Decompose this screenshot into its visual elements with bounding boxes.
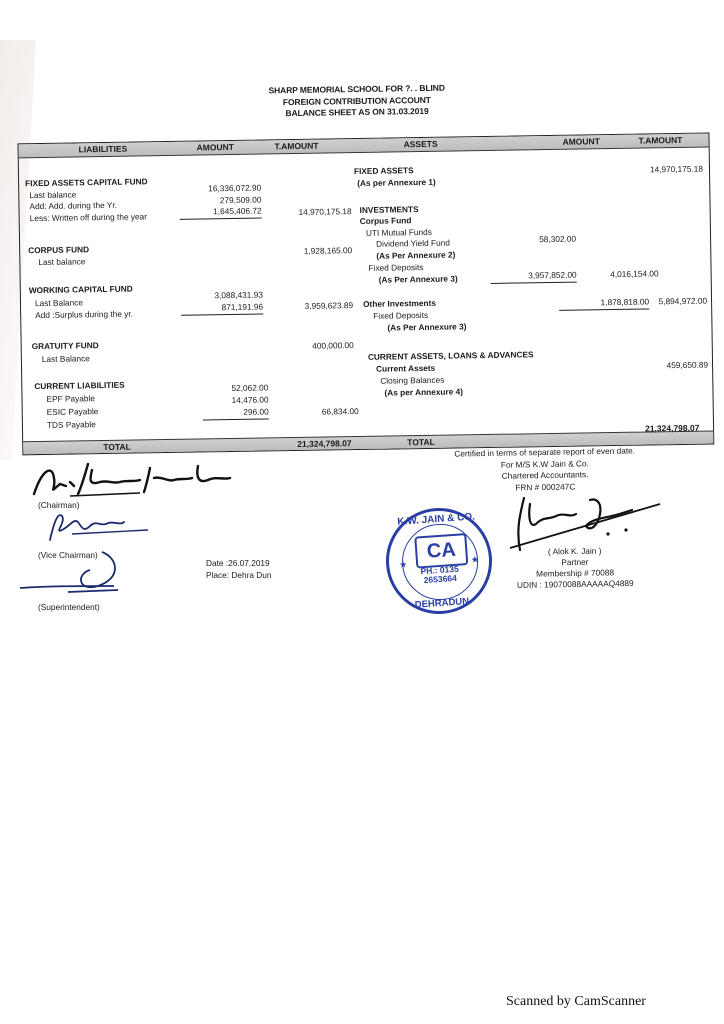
- dividend-yield-fund-label: Dividend Yield Fund: [376, 238, 450, 250]
- document-title: SHARP MEMORIAL SCHOOL FOR ?. . BLIND FOR…: [197, 82, 518, 122]
- corpus-fund-total: 1,928,165.00: [272, 245, 352, 257]
- gratuity-fund-heading: GRATUITY FUND: [32, 340, 99, 352]
- assets-total-value: 21,324,798.07: [645, 422, 700, 435]
- wcf-surplus-label: Add :Surplus during the yr.: [35, 309, 133, 321]
- investments-heading: INVESTMENTS: [360, 204, 419, 215]
- ca-firm-stamp: K.W. JAIN & CO. CA ★ ★ PH.: 0135 2653664…: [382, 504, 495, 617]
- current-assets-subheading: Current Assets: [376, 363, 435, 374]
- assets-total-label: TOTAL: [407, 436, 435, 448]
- gratuity-last-balance-label: Last Balance: [42, 353, 90, 364]
- facf-written-off-amount: 1,645,406.72: [180, 206, 262, 220]
- fixed-deposits-label: Fixed Deposits: [368, 262, 423, 273]
- current-liabilities-total: 66,834.00: [275, 406, 359, 418]
- working-capital-fund-heading: WORKING CAPITAL FUND: [29, 284, 133, 296]
- facf-total: 14,970,175.18: [272, 206, 352, 218]
- dividend-yield-fund-amount: 58,302.00: [490, 234, 576, 246]
- liabilities-total-value: 21,324,798.07: [297, 437, 352, 450]
- wcf-surplus-amount: 871,191.96: [181, 302, 263, 316]
- fixed-assets-annexure: (As per Annexure 1): [357, 177, 436, 189]
- investments-total: 5,894,972.00: [621, 296, 707, 308]
- closing-balances-label: Closing Balances: [380, 375, 444, 387]
- wcf-total: 3,959,623.89: [273, 300, 353, 312]
- facf-additions-label: Add: Add. during the Yr.: [29, 200, 117, 212]
- auditor-certificate: Certified in terms of separate report of…: [420, 445, 671, 495]
- corpus-investments-total: 4,016,154.00: [579, 268, 659, 280]
- annexure-2-label: (As Per Annexure 2): [376, 249, 455, 261]
- superintendent-label: (Superintendent): [38, 602, 100, 613]
- col-assets-t-amount: T.AMOUNT: [638, 134, 682, 148]
- wcf-last-balance-amount: 3,088,431.93: [181, 290, 263, 302]
- ca-logo-icon: CA: [414, 533, 468, 569]
- tds-payable-label: TDS Payable: [47, 419, 96, 430]
- col-assets-amount: AMOUNT: [562, 135, 600, 149]
- uti-mutual-funds-label: UTI Mutual Funds: [366, 227, 432, 239]
- facf-additions-amount: 279,509.00: [179, 195, 261, 207]
- fixed-assets-capital-fund-heading: FIXED ASSETS CAPITAL FUND: [25, 176, 148, 188]
- vice-chairman-signature: [40, 508, 160, 549]
- liabilities-total-label: TOTAL: [103, 441, 131, 453]
- gratuity-fund-total: 400,000.00: [274, 340, 354, 352]
- facf-written-off-label: Less: Written off during the year: [30, 211, 147, 223]
- esic-payable-label: ESIC Payable: [47, 406, 99, 417]
- esic-payable-amount: 14,476.00: [182, 394, 268, 406]
- current-assets-total: 459,650.89: [622, 360, 708, 372]
- corpus-last-balance-label: Last balance: [38, 256, 85, 267]
- epf-payable-label: EPF Payable: [46, 393, 95, 404]
- chairman-signature: [30, 460, 250, 505]
- report-date: Date :26.07.2019: [206, 558, 270, 569]
- corpus-fund-heading: CORPUS FUND: [28, 244, 89, 255]
- superintendent-signature: [18, 548, 148, 603]
- col-amount: AMOUNT: [196, 141, 234, 155]
- fixed-assets-total: 14,970,175.18: [609, 164, 703, 176]
- wcf-last-balance-label: Last Balance: [35, 297, 83, 308]
- current-assets-heading: CURRENT ASSETS, LOANS & ADVANCES: [368, 349, 534, 362]
- other-investments-heading: Other Investments: [363, 298, 436, 310]
- epf-payable-amount: 52,062.00: [182, 382, 268, 394]
- fixed-assets-heading: FIXED ASSETS: [354, 165, 414, 176]
- corpus-fund-subheading: Corpus Fund: [360, 215, 412, 226]
- fixed-deposits-amount: 3,957,852.00: [491, 270, 577, 284]
- current-liabilities-heading: CURRENT LIABILITIES: [34, 380, 124, 392]
- auditor-partner-block: ( Alok K. Jain ) Partner Membership # 70…: [500, 545, 651, 592]
- balance-sheet-table: LIABILITIES AMOUNT T.AMOUNT ASSETS AMOUN…: [17, 132, 714, 455]
- table-header: LIABILITIES AMOUNT T.AMOUNT ASSETS AMOUN…: [19, 134, 709, 159]
- facf-last-balance-amount: 16,336,072.90: [179, 183, 261, 195]
- other-annexure-3-label: (As Per Annexure 3): [387, 321, 466, 333]
- facf-last-balance-label: Last balance: [29, 189, 76, 200]
- other-fixed-deposits-label: Fixed Deposits: [373, 310, 428, 321]
- annexure-3-label: (As Per Annexure 3): [379, 273, 458, 285]
- report-place: Place: Dehra Dun: [206, 570, 272, 581]
- tds-payable-amount: 296.00: [203, 406, 269, 420]
- camscanner-watermark: Scanned by CamScanner: [506, 994, 646, 1010]
- col-liabilities: LIABILITIES: [79, 143, 128, 157]
- col-assets: ASSETS: [403, 138, 437, 152]
- annexure-4-label: (As per Annexure 4): [384, 386, 463, 398]
- col-t-amount: T.AMOUNT: [274, 140, 318, 154]
